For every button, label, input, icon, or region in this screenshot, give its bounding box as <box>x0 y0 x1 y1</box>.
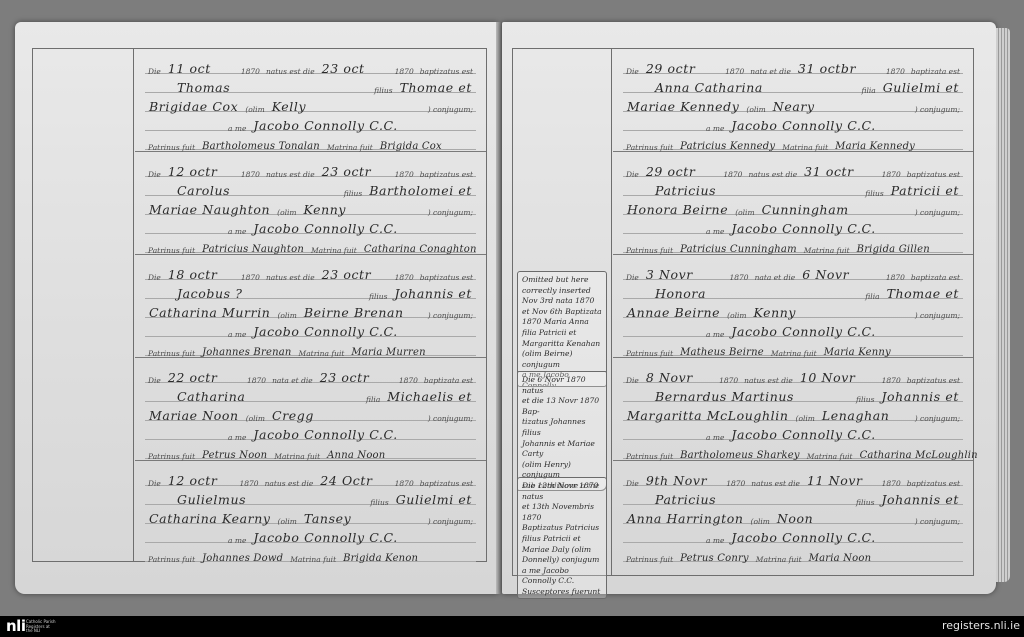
year-baptized: 1870 <box>392 479 417 488</box>
sponsors-line: Patrinus fuit Johannes Brenan Matrina fu… <box>145 339 476 358</box>
label-a-me: a me <box>703 330 727 339</box>
label-baptizatus: baptizatus est <box>417 170 476 179</box>
baptism-entry: Die 3 Novr 1870 nata et die 6 Novr 1870 … <box>613 255 973 358</box>
label-baptizatus: baptizatus est <box>417 479 476 488</box>
label-baptizatus: baptizata est <box>421 376 476 385</box>
maiden-name: Tansey <box>300 511 355 526</box>
mother-name: Margaritta McLoughlin <box>623 408 793 423</box>
label-filius: filius <box>341 189 365 198</box>
baptism-date: 23 octr <box>318 267 376 282</box>
year-born: 1870 <box>720 170 745 179</box>
label-a-me: a me <box>225 124 249 133</box>
right-page: Omitted but here correctly inserted Nov … <box>502 22 996 594</box>
label-die: Die <box>145 273 164 282</box>
godfather-name: Patricius Naughton <box>198 244 308 255</box>
sponsors-line: Patrinus fuit Petrus Conry Matrina fuit … <box>623 545 963 564</box>
baptism-date: 10 Novr <box>796 370 860 385</box>
godmother-name: Brigida Gillen <box>853 244 934 255</box>
baptism-date: 23 octr <box>316 370 374 385</box>
year-born: 1870 <box>723 479 748 488</box>
mother-name: Catharina Murrin <box>145 305 274 320</box>
child-line: Carolus filius Bartholomei et <box>145 179 476 198</box>
label-natus: natus est die <box>262 479 317 488</box>
baptism-entry: Die 29 octr 1870 nata et die 31 octbr 18… <box>613 49 973 152</box>
godfather-name: Bartholomeus Tonalan <box>198 141 324 152</box>
label-conjugum: ) conjugum; <box>425 517 476 526</box>
child-name: Patricius <box>651 183 720 198</box>
priest-name: Jacobo Connolly C.C. <box>727 118 879 133</box>
label-die: Die <box>145 376 164 385</box>
mother-name: Annae Beirne <box>623 305 724 320</box>
register-frame: Omitted but here correctly inserted Nov … <box>512 48 974 576</box>
priest-line: a me Jacobo Connolly C.C. <box>623 526 963 545</box>
priest-name: Jacobo Connolly C.C. <box>249 324 401 339</box>
father-name: Johannis et <box>390 286 476 301</box>
godmother-name: Brigida Cox <box>376 141 446 152</box>
priest-line: a me Jacobo Connolly C.C. <box>145 320 476 339</box>
label-conjugum: ) conjugum; <box>425 311 476 320</box>
godmother-name: Brigida Kenon <box>339 553 422 564</box>
year-baptized: 1870 <box>396 376 421 385</box>
margin-column: Omitted but here correctly inserted Nov … <box>513 49 612 575</box>
maiden-name: Cunningham <box>758 202 853 217</box>
label-filius: filius <box>853 498 877 507</box>
baptism-entry: Die 8 Novr 1870 natus est die 10 Novr 18… <box>613 358 973 461</box>
sponsors-line: Patrinus fuit Bartholomeus Sharkey Matri… <box>623 442 963 461</box>
label-die: Die <box>623 273 642 282</box>
label-natus: nata et die <box>269 376 316 385</box>
baptism-date: 23 oct <box>318 61 369 76</box>
sponsors-line: Patrinus fuit Johannes Dowd Matrina fuit… <box>145 545 476 564</box>
label-olim: (olim <box>724 311 749 320</box>
maiden-name: Cregg <box>268 408 318 423</box>
label-patrinus: Patrinus fuit <box>145 143 198 152</box>
baptism-date: 6 Novr <box>798 267 853 282</box>
godfather-name: Johannes Brenan <box>198 347 295 358</box>
label-die: Die <box>623 170 642 179</box>
child-line: Gulielmus filius Gulielmi et <box>145 488 476 507</box>
maiden-name: Beirne Brenan <box>300 305 408 320</box>
father-name: Patricii et <box>887 183 963 198</box>
date-line: Die 22 octr 1870 nata et die 23 octr 187… <box>145 366 476 385</box>
father-name: Bartholomei et <box>365 183 476 198</box>
godfather-name: Petrus Noon <box>198 450 271 461</box>
date-line: Die 3 Novr 1870 nata et die 6 Novr 1870 … <box>623 263 963 282</box>
year-born: 1870 <box>726 273 751 282</box>
label-natus: natus est die <box>263 273 318 282</box>
label-a-me: a me <box>703 124 727 133</box>
label-baptizatus: baptizatus est <box>904 479 963 488</box>
year-born: 1870 <box>238 170 263 179</box>
priest-line: a me Jacobo Connolly C.C. <box>623 114 963 133</box>
child-line: Catharina filia Michaelis et <box>145 385 476 404</box>
godmother-name: Maria Kennedy <box>831 141 919 152</box>
father-name: Gulielmi et <box>392 492 476 507</box>
label-patrinus: Patrinus fuit <box>623 246 676 255</box>
child-line: Jacobus ? filius Johannis et <box>145 282 476 301</box>
baptism-date: 23 octr <box>318 164 376 179</box>
year-born: 1870 <box>716 376 741 385</box>
mother-line: Margaritta McLoughlin (olim Lenaghan ) c… <box>623 404 963 423</box>
label-conjugum: ) conjugum; <box>912 414 963 423</box>
label-matrina: Matrina fuit <box>768 349 820 358</box>
priest-name: Jacobo Connolly C.C. <box>249 530 401 545</box>
label-conjugum: ) conjugum; <box>425 414 476 423</box>
entries: Die 29 octr 1870 nata et die 31 octbr 18… <box>613 49 973 575</box>
label-conjugum: ) conjugum; <box>912 517 963 526</box>
label-matrina: Matrina fuit <box>779 143 831 152</box>
godmother-name: Anna Noon <box>323 450 389 461</box>
label-patrinus: Patrinus fuit <box>623 555 676 564</box>
mother-line: Annae Beirne (olim Kenny ) conjugum; <box>623 301 963 320</box>
label-olim: (olim <box>274 311 299 320</box>
child-name: Catharina <box>173 389 249 404</box>
birth-date: 3 Novr <box>642 267 697 282</box>
label-filius: filia <box>363 395 383 404</box>
entries: Die 11 oct 1870 natus est die 23 oct 187… <box>135 49 486 561</box>
baptism-entry: Die 12 octr 1870 natus est die 23 octr 1… <box>135 152 486 255</box>
margin-note: Die 6 Novr 1870 natus et die 13 Novr 187… <box>517 371 607 491</box>
birth-date: 29 octr <box>642 164 700 179</box>
godmother-name: Maria Noon <box>805 553 876 564</box>
mother-line: Anna Harrington (olim Noon ) conjugum; <box>623 507 963 526</box>
birth-date: 22 octr <box>164 370 222 385</box>
year-baptized: 1870 <box>879 376 904 385</box>
priest-line: a me Jacobo Connolly C.C. <box>623 217 963 236</box>
label-olim: (olim <box>275 517 300 526</box>
mother-name: Mariae Naughton <box>145 202 274 217</box>
priest-name: Jacobo Connolly C.C. <box>727 427 879 442</box>
label-matrina: Matrina fuit <box>804 452 856 461</box>
label-natus: nata et die <box>747 67 794 76</box>
label-baptizatus: baptizatus est <box>904 170 963 179</box>
priest-name: Jacobo Connolly C.C. <box>727 530 879 545</box>
year-baptized: 1870 <box>883 67 908 76</box>
date-line: Die 29 octr 1870 nata et die 31 octbr 18… <box>623 57 963 76</box>
priest-name: Jacobo Connolly C.C. <box>249 221 401 236</box>
child-line: Anna Catharina filia Gulielmi et <box>623 76 963 95</box>
sponsors-line: Patrinus fuit Patricius Kennedy Matrina … <box>623 133 963 152</box>
birth-date: 8 Novr <box>642 370 697 385</box>
label-conjugum: ) conjugum; <box>425 208 476 217</box>
mother-name: Brigidae Cox <box>145 99 242 114</box>
priest-name: Jacobo Connolly C.C. <box>249 427 401 442</box>
child-line: Patricius filius Johannis et <box>623 488 963 507</box>
child-name: Anna Catharina <box>651 80 767 95</box>
label-olim: (olim <box>274 208 299 217</box>
label-matrina: Matrina fuit <box>287 555 339 564</box>
baptism-date: 31 octbr <box>794 61 860 76</box>
child-name: Honora <box>651 286 710 301</box>
sponsors-line: Patrinus fuit Patricius Cunningham Matri… <box>623 236 963 255</box>
year-born: 1870 <box>238 273 263 282</box>
label-matrina: Matrina fuit <box>271 452 323 461</box>
baptism-entry: Die 22 octr 1870 nata et die 23 octr 187… <box>135 358 486 461</box>
mother-line: Catharina Kearny (olim Tansey ) conjugum… <box>145 507 476 526</box>
mother-name: Anna Harrington <box>623 511 748 526</box>
father-name: Thomae et <box>396 80 476 95</box>
label-filius: filius <box>853 395 877 404</box>
baptism-date: 31 octr <box>800 164 858 179</box>
mother-line: Honora Beirne (olim Cunningham ) conjugu… <box>623 198 963 217</box>
label-die: Die <box>145 67 164 76</box>
mother-name: Catharina Kearny <box>145 511 275 526</box>
godfather-name: Bartholomeus Sharkey <box>676 450 804 461</box>
label-die: Die <box>623 67 642 76</box>
label-natus: natus est die <box>741 376 796 385</box>
label-matrina: Matrina fuit <box>296 349 348 358</box>
label-patrinus: Patrinus fuit <box>623 452 676 461</box>
maiden-name: Lenaghan <box>818 408 894 423</box>
child-name: Carolus <box>173 183 234 198</box>
label-patrinus: Patrinus fuit <box>145 349 198 358</box>
mother-line: Catharina Murrin (olim Beirne Brenan ) c… <box>145 301 476 320</box>
label-die: Die <box>145 479 164 488</box>
year-baptized: 1870 <box>883 273 908 282</box>
baptism-entry: Die 9th Novr 1870 natus est die 11 Novr … <box>613 461 973 564</box>
label-a-me: a me <box>225 330 249 339</box>
label-olim: (olim <box>243 414 268 423</box>
label-matrina: Matrina fuit <box>308 246 360 255</box>
father-name: Gulielmi et <box>879 80 963 95</box>
label-conjugum: ) conjugum; <box>912 208 963 217</box>
birth-date: 29 octr <box>642 61 700 76</box>
label-a-me: a me <box>703 536 727 545</box>
mother-name: Mariae Noon <box>145 408 243 423</box>
year-baptized: 1870 <box>392 67 417 76</box>
label-a-me: a me <box>225 536 249 545</box>
birth-date: 9th Novr <box>642 473 711 488</box>
sponsors-line: Patrinus fuit Matheus Beirne Matrina fui… <box>623 339 963 358</box>
year-born: 1870 <box>244 376 269 385</box>
godmother-name: Catharina McLoughlin <box>856 450 982 461</box>
date-line: Die 9th Novr 1870 natus est die 11 Novr … <box>623 469 963 488</box>
baptism-entry: Die 29 octr 1870 natus est die 31 octr 1… <box>613 152 973 255</box>
year-baptized: 1870 <box>392 170 417 179</box>
father-name: Michaelis et <box>383 389 476 404</box>
godfather-name: Patricius Kennedy <box>676 141 779 152</box>
label-filius: filius <box>371 86 395 95</box>
child-name: Gulielmus <box>173 492 250 507</box>
child-line: Thomas filius Thomae et <box>145 76 476 95</box>
register-frame: Die 11 oct 1870 natus est die 23 oct 187… <box>32 48 487 562</box>
birth-date: 18 octr <box>164 267 222 282</box>
godfather-name: Johannes Dowd <box>198 553 287 564</box>
year-born: 1870 <box>722 67 747 76</box>
priest-line: a me Jacobo Connolly C.C. <box>623 320 963 339</box>
label-a-me: a me <box>703 433 727 442</box>
godmother-name: Catharina Conaghton <box>360 244 481 255</box>
margin-note: Die 12th Novr 1870 natus et 13th Novembr… <box>517 477 607 599</box>
priest-line: a me Jacobo Connolly C.C. <box>145 423 476 442</box>
date-line: Die 18 octr 1870 natus est die 23 octr 1… <box>145 263 476 282</box>
year-baptized: 1870 <box>879 170 904 179</box>
baptism-entry: Die 11 oct 1870 natus est die 23 oct 187… <box>135 49 486 152</box>
label-filius: filius <box>367 498 391 507</box>
child-name: Thomas <box>173 80 234 95</box>
priest-name: Jacobo Connolly C.C. <box>727 324 879 339</box>
year-born: 1870 <box>238 67 263 76</box>
label-olim: (olim <box>732 208 757 217</box>
label-patrinus: Patrinus fuit <box>623 349 676 358</box>
label-patrinus: Patrinus fuit <box>145 555 198 564</box>
label-die: Die <box>623 479 642 488</box>
label-patrinus: Patrinus fuit <box>145 452 198 461</box>
label-filius: filius <box>366 292 390 301</box>
sponsors-line: Patrinus fuit Bartholomeus Tonalan Matri… <box>145 133 476 152</box>
label-olim: (olim <box>743 105 768 114</box>
mother-name: Mariae Kennedy <box>623 99 743 114</box>
maiden-name: Kenny <box>300 202 351 217</box>
father-name: Johannis et <box>877 389 963 404</box>
child-name: Patricius <box>651 492 720 507</box>
maiden-name: Kenny <box>750 305 801 320</box>
left-page: Die 11 oct 1870 natus est die 23 oct 187… <box>15 22 498 594</box>
baptism-date: 24 Octr <box>316 473 376 488</box>
date-line: Die 11 oct 1870 natus est die 23 oct 187… <box>145 57 476 76</box>
margin-column <box>33 49 134 561</box>
label-olim: (olim <box>793 414 818 423</box>
label-baptizatus: baptizatus est <box>904 376 963 385</box>
child-name: Bernardus Martinus <box>651 389 798 404</box>
priest-line: a me Jacobo Connolly C.C. <box>145 114 476 133</box>
baptism-entry: Die 18 octr 1870 natus est die 23 octr 1… <box>135 255 486 358</box>
label-conjugum: ) conjugum; <box>912 311 963 320</box>
priest-line: a me Jacobo Connolly C.C. <box>145 526 476 545</box>
birth-date: 11 oct <box>164 61 215 76</box>
child-line: Bernardus Martinus filius Johannis et <box>623 385 963 404</box>
label-olim: (olim <box>748 517 773 526</box>
site-link[interactable]: registers.nli.ie <box>942 619 1020 632</box>
maiden-name: Neary <box>769 99 819 114</box>
label-matrina: Matrina fuit <box>324 143 376 152</box>
godfather-name: Patricius Cunningham <box>676 244 801 255</box>
baptism-entry: Die 12 octr 1870 natus est die 24 Octr 1… <box>135 461 486 564</box>
label-patrinus: Patrinus fuit <box>145 246 198 255</box>
page-stack-edge <box>996 28 1010 582</box>
child-name: Jacobus ? <box>173 286 247 301</box>
child-line: Honora filia Thomae et <box>623 282 963 301</box>
label-baptizatus: baptizata est <box>908 273 963 282</box>
date-line: Die 29 octr 1870 natus est die 31 octr 1… <box>623 160 963 179</box>
date-line: Die 8 Novr 1870 natus est die 10 Novr 18… <box>623 366 963 385</box>
priest-line: a me Jacobo Connolly C.C. <box>145 217 476 236</box>
label-baptizatus: baptizata est <box>908 67 963 76</box>
label-natus: natus est die <box>263 170 318 179</box>
birth-date: 12 octr <box>164 473 222 488</box>
label-a-me: a me <box>225 433 249 442</box>
label-matrina: Matrina fuit <box>753 555 805 564</box>
label-die: Die <box>145 170 164 179</box>
godfather-name: Petrus Conry <box>676 553 753 564</box>
sponsors-line: Patrinus fuit Patricius Naughton Matrina… <box>145 236 476 255</box>
logo-caption: Catholic Parish Registers at the NLI <box>26 620 56 634</box>
document-viewer[interactable]: Die 11 oct 1870 natus est die 23 oct 187… <box>0 0 1024 616</box>
date-line: Die 12 octr 1870 natus est die 24 Octr 1… <box>145 469 476 488</box>
label-patrinus: Patrinus fuit <box>623 143 676 152</box>
label-natus: natus est die <box>745 170 800 179</box>
label-natus: natus est die <box>263 67 318 76</box>
godmother-name: Maria Kenny <box>820 347 895 358</box>
mother-line: Brigidae Cox (olim Kelly ) conjugum; <box>145 95 476 114</box>
year-baptized: 1870 <box>392 273 417 282</box>
margin-note: Omitted but here correctly inserted Nov … <box>517 271 607 387</box>
label-filius: filius <box>862 189 886 198</box>
father-name: Johannis et <box>877 492 963 507</box>
baptism-date: 11 Novr <box>803 473 867 488</box>
priest-name: Jacobo Connolly C.C. <box>727 221 879 236</box>
birth-date: 12 octr <box>164 164 222 179</box>
label-conjugum: ) conjugum; <box>912 105 963 114</box>
label-a-me: a me <box>703 227 727 236</box>
priest-name: Jacobo Connolly C.C. <box>249 118 401 133</box>
label-baptizatus: baptizatus est <box>417 273 476 282</box>
label-matrina: Matrina fuit <box>801 246 853 255</box>
label-die: Die <box>623 376 642 385</box>
mother-name: Honora Beirne <box>623 202 732 217</box>
mother-line: Mariae Kennedy (olim Neary ) conjugum; <box>623 95 963 114</box>
label-natus: natus est die <box>748 479 803 488</box>
year-born: 1870 <box>236 479 261 488</box>
nli-logo[interactable]: nli <box>6 619 25 634</box>
label-olim: (olim <box>242 105 267 114</box>
sponsors-line: Patrinus fuit Petrus Noon Matrina fuit A… <box>145 442 476 461</box>
label-baptizatus: baptizatus est <box>417 67 476 76</box>
maiden-name: Kelly <box>268 99 310 114</box>
label-filius: filia <box>862 292 882 301</box>
year-baptized: 1870 <box>879 479 904 488</box>
date-line: Die 12 octr 1870 natus est die 23 octr 1… <box>145 160 476 179</box>
maiden-name: Noon <box>773 511 817 526</box>
godfather-name: Matheus Beirne <box>676 347 768 358</box>
label-filius: filia <box>858 86 878 95</box>
mother-line: Mariae Noon (olim Cregg ) conjugum; <box>145 404 476 423</box>
label-conjugum: ) conjugum; <box>425 105 476 114</box>
mother-line: Mariae Naughton (olim Kenny ) conjugum; <box>145 198 476 217</box>
godmother-name: Maria Murren <box>347 347 429 358</box>
child-line: Patricius filius Patricii et <box>623 179 963 198</box>
label-a-me: a me <box>225 227 249 236</box>
footer-bar: nli Catholic Parish Registers at the NLI… <box>0 616 1024 637</box>
father-name: Thomae et <box>883 286 963 301</box>
label-natus: nata et die <box>752 273 799 282</box>
priest-line: a me Jacobo Connolly C.C. <box>623 423 963 442</box>
